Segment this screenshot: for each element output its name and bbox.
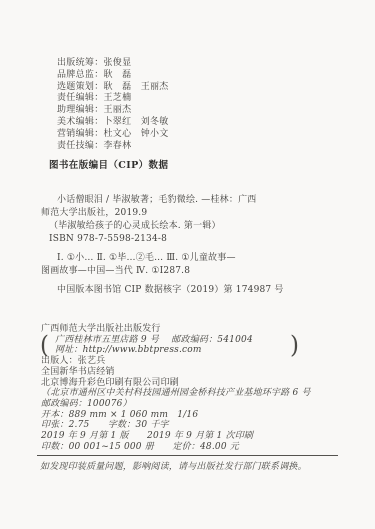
cip-classification-line: Ⅰ. ①小… Ⅱ. ①毕…②毛… Ⅲ. ①儿童故事—	[41, 252, 341, 265]
credit-line: 助理编辑：王丽杰	[57, 105, 169, 117]
isbn-line: ISBN 978-7-5598-2134-8	[41, 233, 341, 246]
credits-block: 出版统筹：张俊显 品牌总监：耿 磊 选题策划：耿 磊 王丽杰 责任编辑：王芝楠 …	[57, 58, 169, 152]
credit-line: 责任技编：李春林	[57, 141, 169, 153]
cip-series-line: （毕淑敏给孩子的心灵成长绘本. 第一辑）	[41, 220, 341, 233]
edition-line: 2019 年 9 月第 1 版 2019 年 9 月第 1 次印刷	[41, 431, 361, 442]
printer-postcode-line: 邮政编码：100076）	[41, 399, 361, 410]
publisher-address-group: ( 广西桂林市五里店路 9 号 邮政编码：541004 网址：http://ww…	[41, 335, 361, 356]
publisher-person-line: 出版人：张艺兵	[41, 356, 361, 367]
cip-registry-line: 中国版本图书馆 CIP 数据核字（2019）第 174987 号	[41, 284, 341, 297]
colophon-page: 出版统筹：张俊显 品牌总监：耿 磊 选题策划：耿 磊 王丽杰 责任编辑：王芝楠 …	[0, 0, 375, 529]
cip-title-line: 小话僧眼泪 / 毕淑敏著；毛豹微绘. —桂林：广西	[41, 194, 341, 207]
credit-line: 品牌总监：耿 磊	[57, 70, 169, 82]
cip-header: 图书在版编目（CIP）数据	[49, 157, 168, 171]
paren-left-icon: (	[40, 334, 49, 358]
cip-classification-line: 图画故事—中国—当代 Ⅳ. ①I287.8	[41, 265, 341, 278]
distribution-line: 全国新华书店经销	[41, 367, 361, 378]
publisher-line: 广西师范大学出版社出版发行	[41, 324, 361, 335]
sheets-wordcount-line: 印张：2.75 字数：30 千字	[41, 420, 361, 431]
divider-rule	[37, 455, 338, 456]
credit-line: 选题策划：耿 磊 王丽杰	[57, 82, 169, 94]
publisher-website-line: 网址：http://www.bbtpress.com	[55, 345, 361, 356]
credit-line: 美术编辑：卜翠红 刘冬敏	[57, 117, 169, 129]
printer-line: 北京博海升彩色印刷有限公司印刷	[41, 378, 361, 389]
paren-right-icon: )	[290, 334, 299, 358]
publishing-block: 广西师范大学出版社出版发行 ( 广西桂林市五里店路 9 号 邮政编码：54100…	[41, 324, 361, 452]
cip-record: 小话僧眼泪 / 毕淑敏著；毛豹微绘. —桂林：广西 师范大学出版社，2019.9…	[41, 194, 341, 297]
credit-line: 出版统筹：张俊显	[57, 58, 169, 70]
quality-notice: 如发现印装质量问题，影响阅读，请与出版社发行部门联系调换。	[40, 459, 360, 472]
cip-publisher-line: 师范大学出版社，2019.9	[41, 207, 341, 220]
format-line: 开本：889 mm × 1 060 mm 1/16	[41, 410, 361, 421]
printer-address-line: （北京市通州区中关村科技园通州园金桥科技产业基地环宇路 6 号	[41, 388, 361, 399]
credit-line: 营销编辑：杜文心 钟小文	[57, 129, 169, 141]
credit-line: 责任编辑：王芝楠	[57, 93, 169, 105]
printrun-price-line: 印数：00 001~15 000 册 定价：48.00 元	[41, 442, 361, 453]
publisher-address-line: 广西桂林市五里店路 9 号 邮政编码：541004	[55, 335, 361, 346]
